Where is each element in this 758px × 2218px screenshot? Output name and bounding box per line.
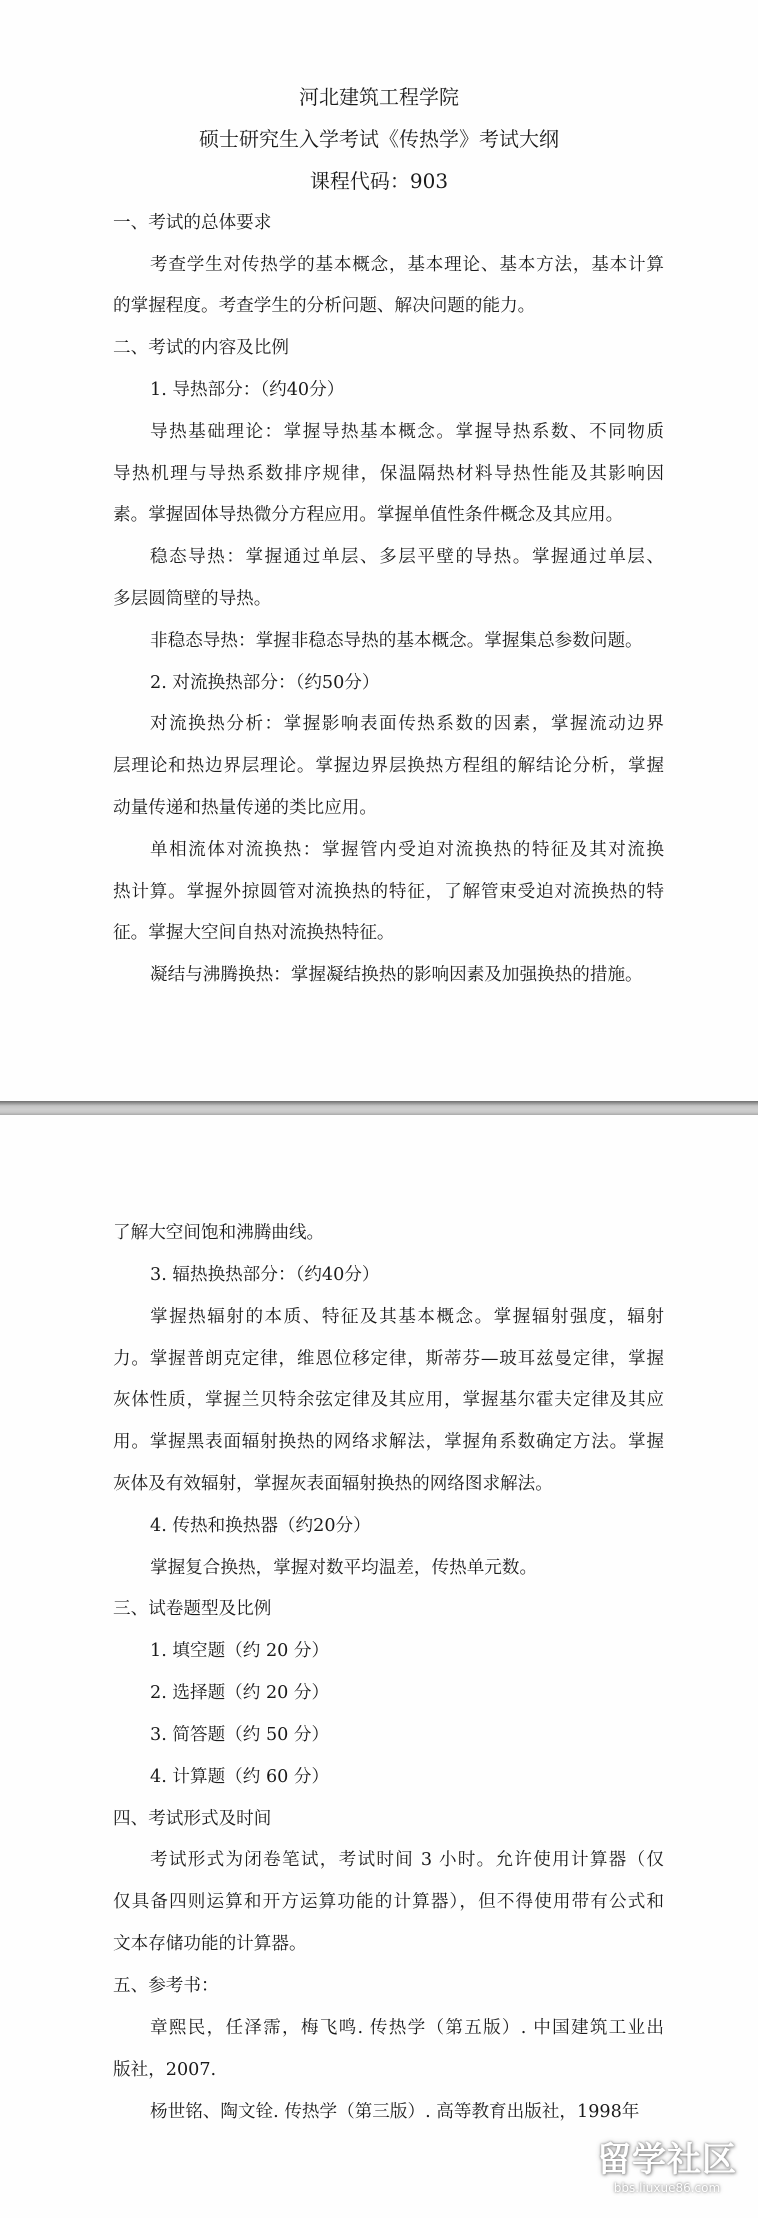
watermark-logo: 留学社区 bbs.liuxue86.com bbox=[592, 2140, 742, 2210]
subsection-title-radiation: 3. 辐热换热部分：（约40分） bbox=[150, 1263, 380, 1287]
paragraph-line: 凝结与沸腾换热：掌握凝结换热的影响因素及加强换热的措施。 bbox=[150, 963, 643, 987]
paragraph-line: 掌握热辐射的本质、特征及其基本概念。掌握辐射强度，辐射 bbox=[150, 1305, 664, 1329]
section-heading-exam-format: 四、考试形式及时间 bbox=[113, 1807, 271, 1831]
page-separator bbox=[0, 1101, 758, 1115]
paragraph-line: 征。掌握大空间自热对流换热特征。 bbox=[113, 921, 395, 945]
paragraph-line: 的掌握程度。考查学生的分析问题、解决问题的能力。 bbox=[113, 294, 535, 318]
document-title: 硕士研究生入学考试《传热学》考试大纲 bbox=[0, 126, 758, 152]
section-heading-question-types: 三、试卷题型及比例 bbox=[113, 1597, 271, 1621]
paragraph-line: 文本存储功能的计算器。 bbox=[113, 1932, 307, 1956]
question-type-item: 1. 填空题（约 20 分） bbox=[150, 1639, 329, 1663]
paragraph-line: 层理论和热边界层理论。掌握边界层换热方程组的解结论分析，掌握 bbox=[113, 754, 664, 778]
paragraph-line: 考试形式为闭卷笔试，考试时间 3 小时。允许使用计算器（仅 bbox=[150, 1848, 664, 1872]
paragraph-line: 对流换热分析：掌握影响表面传热系数的因素，掌握流动边界 bbox=[150, 712, 664, 736]
subsection-title-convection: 2. 对流换热部分：（约50分） bbox=[150, 671, 380, 695]
paragraph-line: 用。掌握黑表面辐射换热的网络求解法，掌握角系数确定方法。掌握 bbox=[113, 1430, 664, 1454]
paragraph-line: 灰体性质，掌握兰贝特余弦定律及其应用，掌握基尔霍夫定律及其应 bbox=[113, 1388, 664, 1412]
paragraph-line: 导热基础理论：掌握导热基本概念。掌握导热系数、不同物质 bbox=[150, 420, 664, 444]
reference-item: 章熙民，任泽霈，梅飞鸣. 传热学（第五版）. 中国建筑工业出 bbox=[150, 2016, 664, 2040]
paragraph-line: 动量传递和热量传递的类比应用。 bbox=[113, 796, 377, 820]
watermark-url: bbs.liuxue86.com bbox=[592, 2180, 742, 2196]
question-type-item: 3. 简答题（约 50 分） bbox=[150, 1723, 329, 1747]
document-page-2: 了解大空间饱和沸腾曲线。 3. 辐热换热部分：（约40分） 掌握热辐射的本质、特… bbox=[0, 1115, 758, 2218]
question-type-item: 2. 选择题（约 20 分） bbox=[150, 1681, 329, 1705]
paragraph-line: 非稳态导热：掌握非稳态导热的基本概念。掌握集总参数问题。 bbox=[150, 629, 643, 653]
watermark-logo-text: 留学社区 bbox=[592, 2140, 742, 2180]
section-heading-content-ratio: 二、考试的内容及比例 bbox=[113, 336, 289, 360]
paragraph-line: 多层圆筒壁的导热。 bbox=[113, 587, 271, 611]
paragraph-line: 稳态导热：掌握通过单层、多层平壁的导热。掌握通过单层、 bbox=[150, 545, 664, 569]
paragraph-line: 热计算。掌握外掠圆管对流换热的特征，了解管束受迫对流换热的特 bbox=[113, 880, 664, 904]
section-heading-references: 五、参考书： bbox=[113, 1974, 219, 1998]
paragraph-line: 素。掌握固体导热微分方程应用。掌握单值性条件概念及其应用。 bbox=[113, 503, 623, 527]
paragraph-line: 仅具备四则运算和开方运算功能的计算器），但不得使用带有公式和 bbox=[113, 1890, 664, 1914]
course-code: 课程代码：903 bbox=[0, 168, 758, 194]
paragraph-line: 掌握复合换热，掌握对数平均温差，传热单元数。 bbox=[150, 1556, 537, 1580]
paragraph-line: 考查学生对传热学的基本概念，基本理论、基本方法，基本计算 bbox=[150, 253, 664, 277]
reference-item: 杨世铭、陶文铨. 传热学（第三版）. 高等教育出版社，1998年 bbox=[150, 2100, 639, 2124]
reference-item-continued: 版社，2007. bbox=[113, 2058, 216, 2082]
institution-title: 河北建筑工程学院 bbox=[0, 84, 758, 110]
section-heading-general-requirements: 一、考试的总体要求 bbox=[113, 211, 271, 235]
paragraph-line: 单相流体对流换热：掌握管内受迫对流换热的特征及其对流换 bbox=[150, 838, 664, 862]
paragraph-line: 力。掌握普朗克定律，维恩位移定律，斯蒂芬—玻耳兹曼定律，掌握 bbox=[113, 1347, 664, 1371]
paragraph-line: 了解大空间饱和沸腾曲线。 bbox=[113, 1221, 324, 1245]
document-page-1: 河北建筑工程学院 硕士研究生入学考试《传热学》考试大纲 课程代码：903 一、考… bbox=[0, 0, 758, 1101]
question-type-item: 4. 计算题（约 60 分） bbox=[150, 1765, 329, 1789]
paragraph-line: 导热机理与导热系数排序规律，保温隔热材料导热性能及其影响因 bbox=[113, 462, 664, 486]
paragraph-line: 灰体及有效辐射，掌握灰表面辐射换热的网络图求解法。 bbox=[113, 1472, 553, 1496]
subsection-title-heat-exchanger: 4. 传热和换热器（约20分） bbox=[150, 1514, 371, 1538]
subsection-title-conduction: 1. 导热部分：（约40分） bbox=[150, 378, 344, 402]
